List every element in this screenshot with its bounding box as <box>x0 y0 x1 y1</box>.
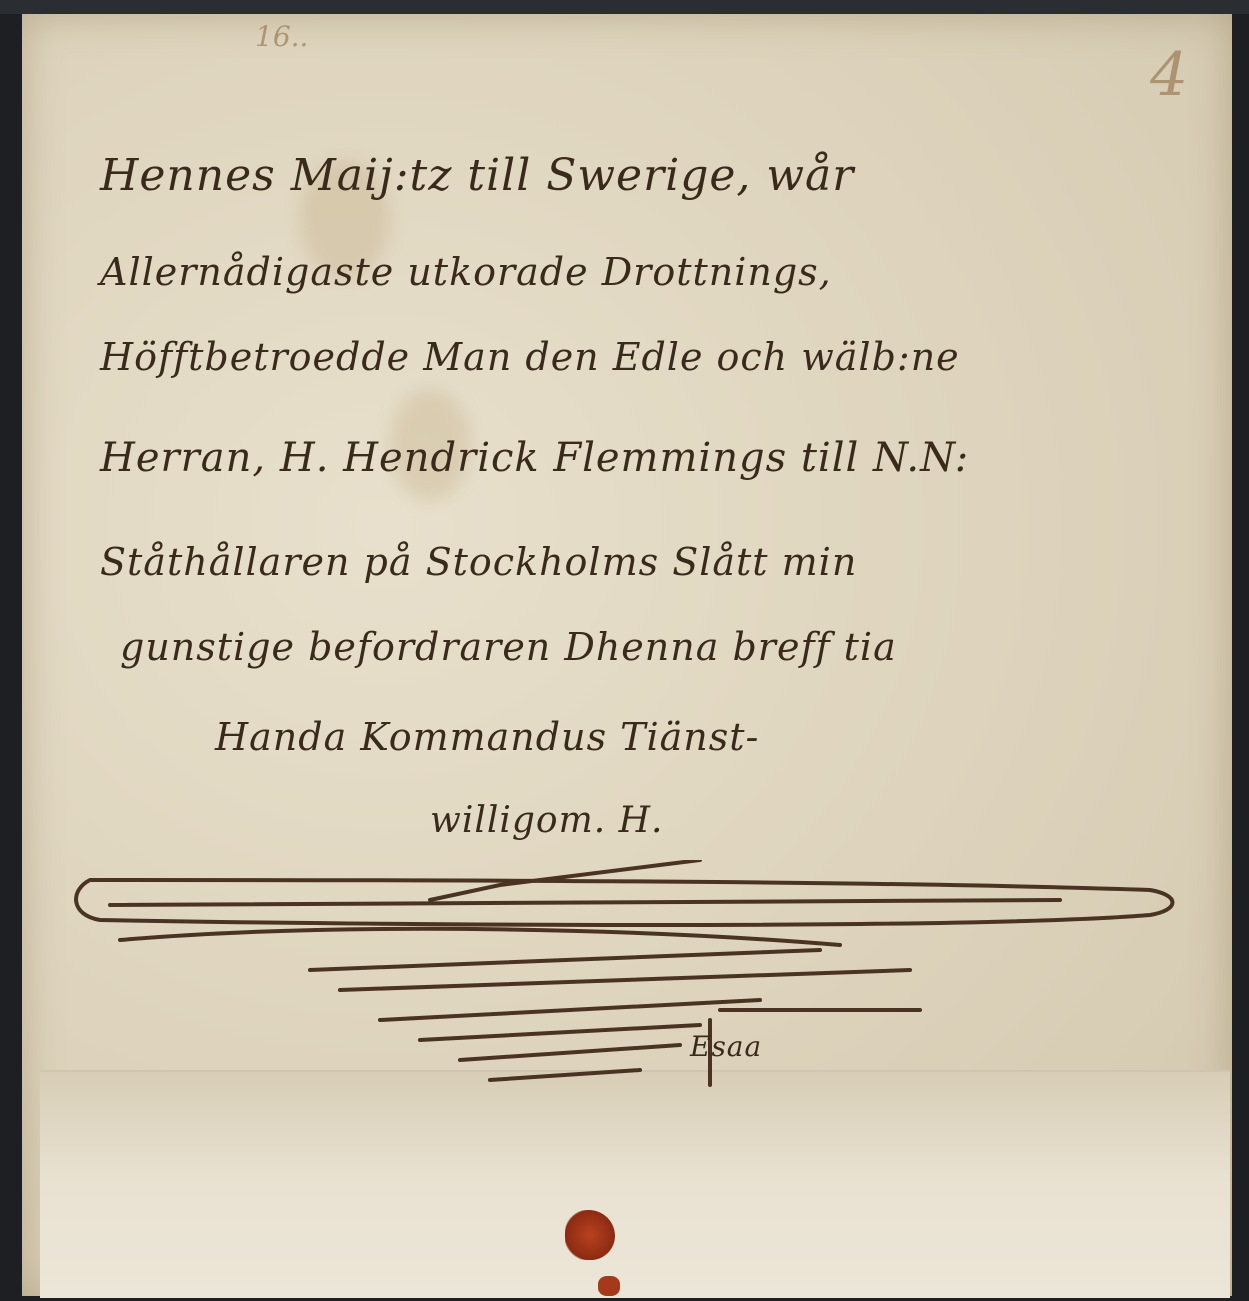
dark-backing <box>0 0 1249 14</box>
address-line-5: Ståthållaren på Stockholms Slått min <box>100 540 857 584</box>
wax-seal-fragment <box>598 1276 620 1296</box>
signature-text: Esaa <box>690 1030 762 1063</box>
address-line-1: Hennes Maij:tz till Swerige, wår <box>100 150 854 201</box>
address-line-8: willigom. H. <box>430 800 663 841</box>
address-line-4: Herran, H. Hendrick Flemmings till N.N: <box>100 435 969 481</box>
address-line-2: Allernådigaste utkorade Drottnings, <box>100 250 832 294</box>
address-line-7: Handa Kommandus Tiänst- <box>215 715 759 759</box>
wax-seal-remnant <box>565 1210 615 1260</box>
faint-number-mark: 4 <box>1150 40 1188 110</box>
signature-flourish-icon <box>60 860 1200 1100</box>
faint-date-mark: 16.. <box>255 20 308 53</box>
address-line-6: gunstige befordraren Dhenna breff tia <box>120 625 897 669</box>
folded-flap <box>40 1070 1230 1298</box>
address-line-3: Höfftbetroedde Man den Edle och wälb:ne <box>100 335 960 379</box>
